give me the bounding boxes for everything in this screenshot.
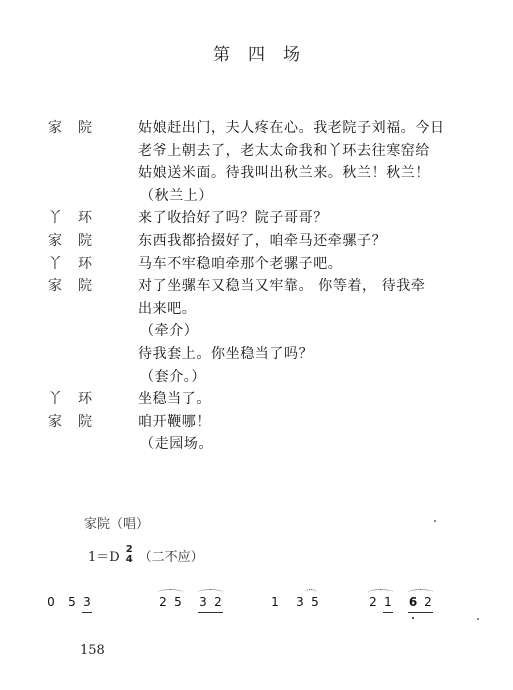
slur-mark xyxy=(368,589,393,596)
key-signature: 1＝D 2 4 （二不应） xyxy=(88,545,204,565)
dialogue-line: （牵介） xyxy=(0,320,513,343)
note: 1 xyxy=(383,595,393,609)
note: 1 xyxy=(270,595,280,609)
scene-title: 第四场 xyxy=(0,40,513,65)
dialogue-line: 家院 咱开鞭哪！ xyxy=(0,411,513,434)
song-header: 家院（唱） xyxy=(84,513,149,532)
slur-mark xyxy=(198,589,223,596)
slur-mark xyxy=(305,589,317,596)
dialogue-line: 老爷上朝去了，老太太命我和丫环去往寒窑给 xyxy=(0,140,513,163)
stage-direction: （牵介） xyxy=(140,320,198,343)
dialogue-line: （走园场。 xyxy=(0,433,513,456)
note: 3 xyxy=(295,595,305,609)
note: 3 xyxy=(198,595,208,609)
dialogue-line: 出来吧。 xyxy=(0,298,513,321)
speaker-label: 家院 xyxy=(48,117,128,140)
note: 0 xyxy=(46,595,56,609)
speaker-label: 丫环 xyxy=(48,207,128,230)
dialogue-line: 丫环 来了收拾好了吗？院子哥哥？ xyxy=(0,207,513,230)
dialogue-line: 家院 对了坐骡车又稳当又牢靠。 你等着， 待我牵 xyxy=(0,275,513,298)
speaker-label: 家院 xyxy=(48,275,128,298)
speaker-label: 家院 xyxy=(48,230,128,253)
dialogue-line: （套介。） xyxy=(0,366,513,389)
speech-text: 东西我都拾掇好了，咱牵马还牵骡子？ xyxy=(138,230,386,253)
dialogue-line: 姑娘送米面。待我叫出秋兰来。秋兰！秋兰！ xyxy=(0,162,513,185)
stage-direction: （秋兰上） xyxy=(140,185,213,208)
dialogue-line: 家院 姑娘赶出门，夫人疼在心。我老院子刘福。今日 xyxy=(0,117,513,140)
page-number: 158 xyxy=(80,643,105,658)
note: 5 xyxy=(310,595,320,609)
speech-text: 姑娘赶出门，夫人疼在心。我老院子刘福。今日 xyxy=(138,117,445,140)
dialogue-line: 丫环 坐稳当了。 xyxy=(0,388,513,411)
speech-text: 老爷上朝去了，老太太命我和丫环去往寒窑给 xyxy=(138,140,430,163)
note: 5 xyxy=(67,595,77,609)
scan-speck xyxy=(434,520,436,522)
underline-beam xyxy=(198,612,223,613)
note: 6 xyxy=(408,595,418,609)
note: 3 xyxy=(82,595,92,609)
document-page: 第四场 家院 姑娘赶出门，夫人疼在心。我老院子刘福。今日 老爷上朝去了，老太太命… xyxy=(0,0,513,690)
underline-beam xyxy=(383,612,393,613)
scan-speck xyxy=(477,618,479,620)
note: 5 xyxy=(173,595,183,609)
speech-text: 坐稳当了。 xyxy=(138,388,211,411)
speaker-label: 丫环 xyxy=(48,253,128,276)
note: 2 xyxy=(213,595,223,609)
dialogue-line: 家院 东西我都拾掇好了，咱牵马还牵骡子？ xyxy=(0,230,513,253)
key-label: 1＝D xyxy=(88,546,120,565)
low-octave-dot xyxy=(412,617,414,619)
dialogue-line: 丫环 马车不牢稳咱牵那个老骡子吧。 xyxy=(0,253,513,276)
speech-text: 马车不牢稳咱牵那个老骡子吧。 xyxy=(138,253,342,276)
underline-beam xyxy=(408,612,433,613)
speaker-label: 家院 xyxy=(48,411,128,434)
tune-name: （二不应） xyxy=(139,546,204,565)
dialogue-block: 家院 姑娘赶出门，夫人疼在心。我老院子刘福。今日 老爷上朝去了，老太太命我和丫环… xyxy=(0,117,513,456)
speaker-label: 丫环 xyxy=(48,388,128,411)
speech-text: 出来吧。 xyxy=(138,298,196,321)
time-signature: 2 4 xyxy=(126,545,133,565)
jianpu-notation: 0 5 3 2 5 3 2 1 3 5 2 1 6 2 xyxy=(0,595,513,625)
note: 2 xyxy=(423,595,433,609)
dialogue-line: 待我套上。你坐稳当了吗？ xyxy=(0,343,513,366)
speech-text: 对了坐骡车又稳当又牢靠。 你等着， 待我牵 xyxy=(138,275,426,298)
time-signature-bottom: 4 xyxy=(126,555,133,565)
speech-text: 姑娘送米面。待我叫出秋兰来。秋兰！秋兰！ xyxy=(138,162,430,185)
slur-mark xyxy=(408,589,433,596)
note: 2 xyxy=(158,595,168,609)
stage-direction: （套介。） xyxy=(140,366,206,389)
note: 2 xyxy=(368,595,378,609)
stage-direction: （走园场。 xyxy=(140,433,213,456)
underline-beam xyxy=(82,612,92,613)
slur-mark xyxy=(158,589,183,596)
speech-text: 来了收拾好了吗？院子哥哥？ xyxy=(138,207,328,230)
speech-text: 咱开鞭哪！ xyxy=(138,411,211,434)
dialogue-line: （秋兰上） xyxy=(0,185,513,208)
speech-text: 待我套上。你坐稳当了吗？ xyxy=(138,343,313,366)
